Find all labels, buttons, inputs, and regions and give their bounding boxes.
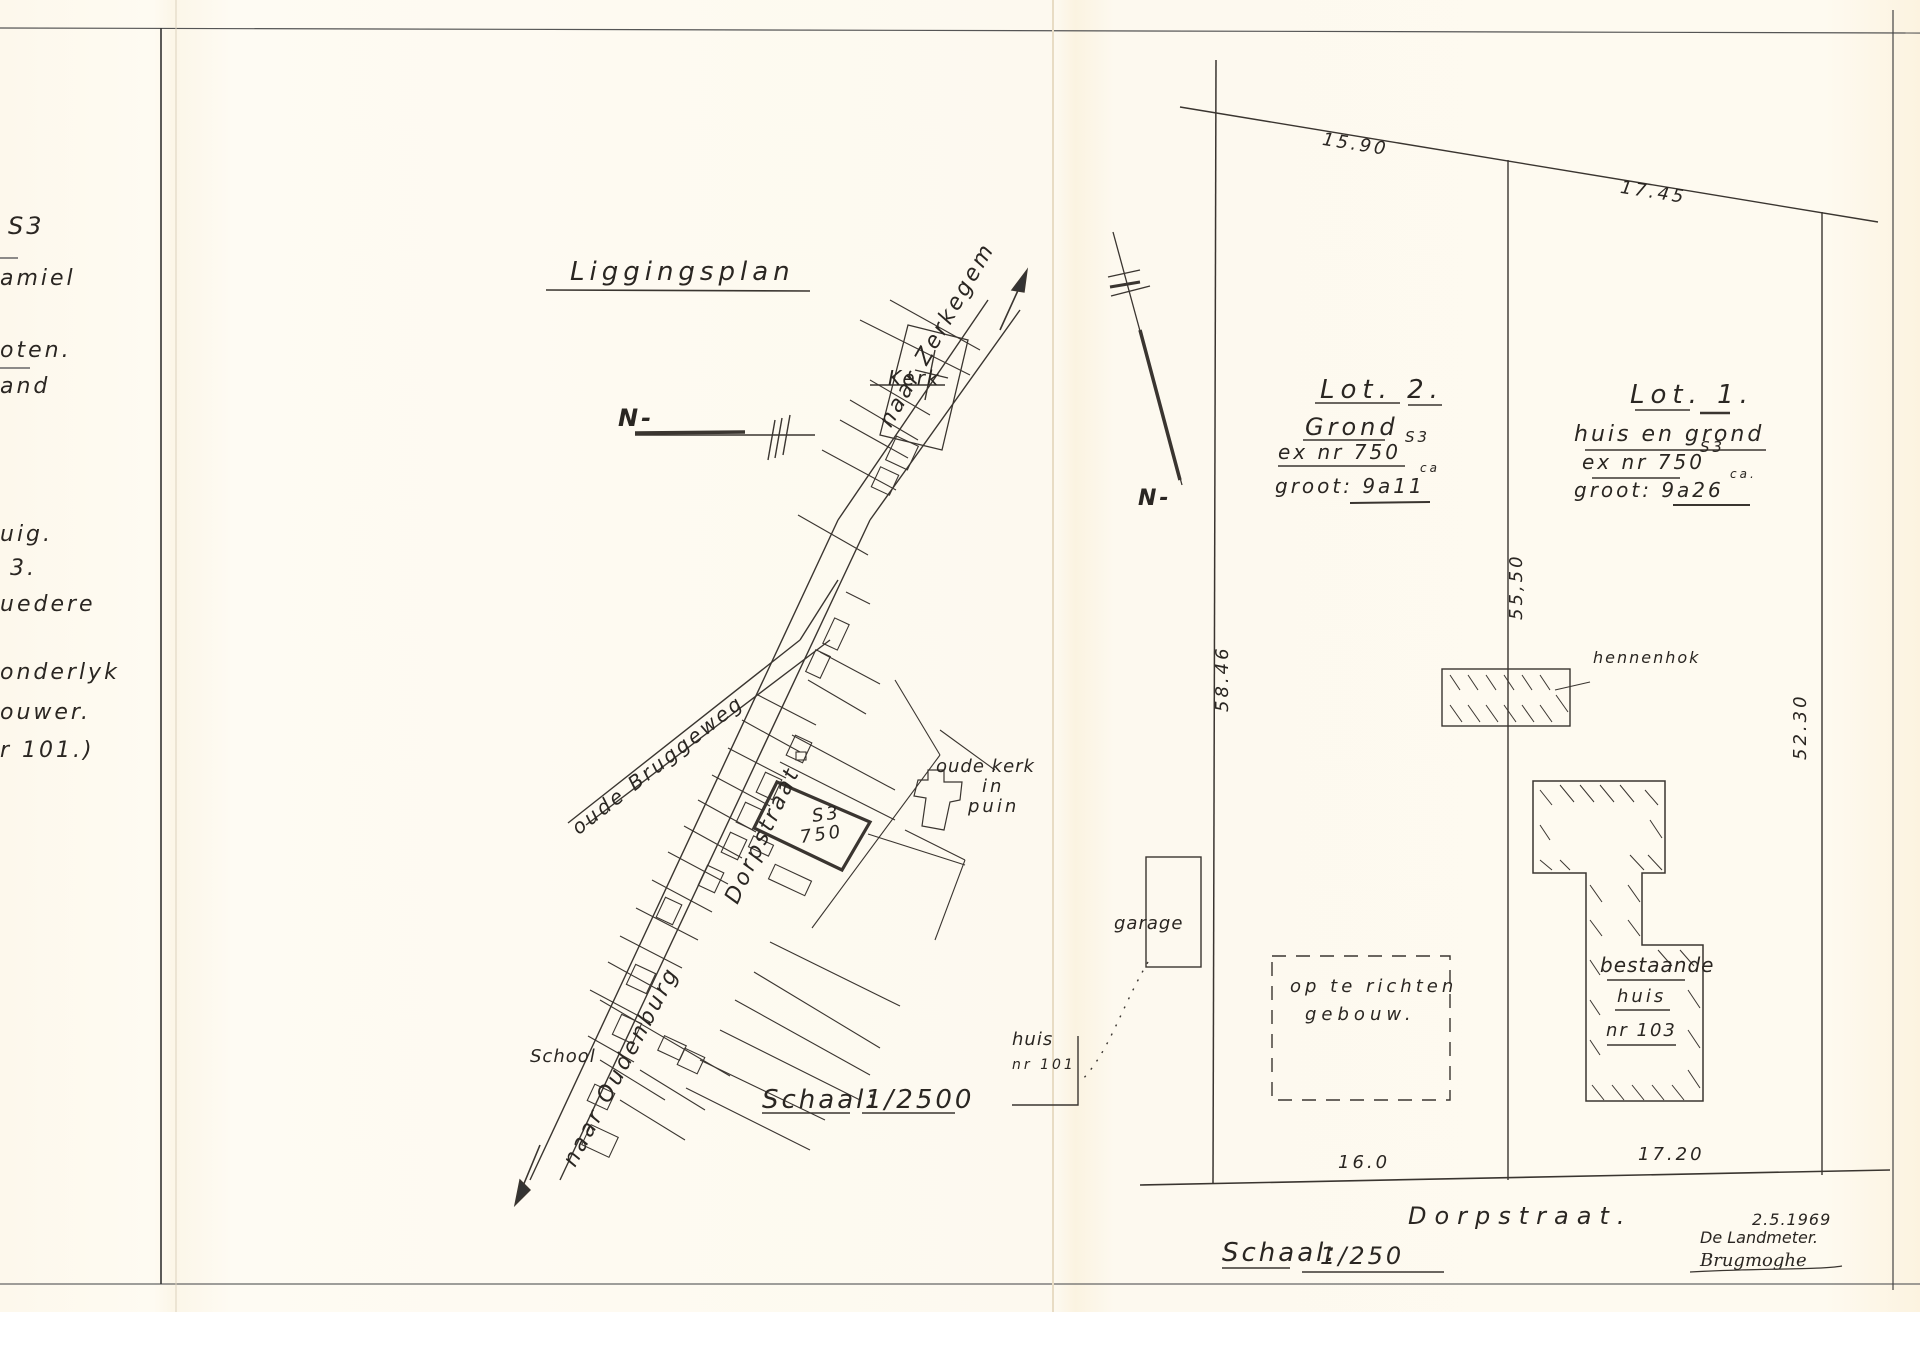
dim-right-side: 52.30 xyxy=(1792,693,1810,760)
margin-fragment: S3 xyxy=(8,214,45,238)
survey-date: 2.5.1969 xyxy=(1752,1212,1831,1228)
scale-label: Schaal: xyxy=(762,1087,878,1113)
surveyor-title: De Landmeter. xyxy=(1700,1230,1818,1246)
drawing-linework xyxy=(0,0,1920,1358)
street-line xyxy=(1140,1170,1890,1185)
north-arrow-label-parcel: N- xyxy=(1138,488,1172,510)
planned-building-label-2: gebouw. xyxy=(1305,1006,1416,1024)
school-label: School xyxy=(530,1048,596,1066)
margin-fragment: oten. xyxy=(0,340,72,362)
lot1-parcel-section: S3 xyxy=(1700,440,1725,455)
scale-value: 1/2500 xyxy=(865,1087,974,1113)
title-underline xyxy=(546,290,810,291)
lot2-title: Lot. 2. xyxy=(1320,377,1444,403)
dim-left-side: 58.46 xyxy=(1214,645,1232,712)
existing-house-label-2: huis xyxy=(1617,988,1666,1006)
lot2-area: groot: 9a11 xyxy=(1275,476,1425,496)
lot2-use: Grond xyxy=(1305,415,1399,439)
henhouse-label: hennenhok xyxy=(1593,650,1700,666)
lot2-parcel-section: S3 xyxy=(1405,430,1430,445)
margin-fragment: and xyxy=(0,376,50,398)
garage-label: garage xyxy=(1114,915,1183,933)
lot1-area-unit: ca. xyxy=(1730,468,1757,480)
lot1-area: groot: 9a26 xyxy=(1574,480,1724,500)
dim-middle-side: 55,50 xyxy=(1508,553,1526,620)
lot2-parcel: ex nr 750 xyxy=(1278,442,1401,462)
location-plan-title: Liggingsplan xyxy=(570,259,795,285)
margin-fragment: ouwer. xyxy=(0,702,91,724)
dim-bottom-lot1: 17.20 xyxy=(1638,1146,1705,1164)
lot2-area-unit: ca xyxy=(1420,462,1440,474)
existing-house-label-3: nr 103 xyxy=(1606,1022,1677,1040)
house-101-label-1: huis xyxy=(1012,1031,1053,1049)
parcel-scale-value: 1/250 xyxy=(1320,1244,1404,1268)
existing-house-label-1: bestaande xyxy=(1600,955,1714,975)
lot1-use: huis en grond xyxy=(1574,424,1764,446)
old-church-label-3: puin xyxy=(968,798,1019,816)
north-arrow-label: N- xyxy=(618,406,654,430)
margin-fragment: r 101.) xyxy=(0,740,95,762)
dim-bottom-lot2: 16.0 xyxy=(1338,1154,1390,1172)
rear-boundary xyxy=(1180,107,1878,222)
margin-fragment: uig. xyxy=(0,524,53,546)
old-church-label-2: in xyxy=(982,778,1004,796)
margin-fragment: uedere xyxy=(0,594,96,616)
lot1-title: Lot. 1. xyxy=(1630,382,1754,408)
street-label: Dorpstraat. xyxy=(1408,1204,1633,1228)
margin-fragment: 3. xyxy=(10,558,37,580)
left-boundary xyxy=(1213,60,1216,1184)
margin-fragment: onderlyk xyxy=(0,662,120,684)
planned-building-label-1: op te richten xyxy=(1290,978,1457,996)
lot1-parcel: ex nr 750 xyxy=(1582,452,1705,472)
frame-top-line xyxy=(0,28,1920,33)
surveyor-signature: Brugmoghe xyxy=(1700,1252,1807,1270)
house-101-label-2: nr 101 xyxy=(1012,1058,1076,1072)
margin-fragment: amiel xyxy=(0,268,76,290)
old-church-label-1: oude kerk xyxy=(936,758,1035,776)
